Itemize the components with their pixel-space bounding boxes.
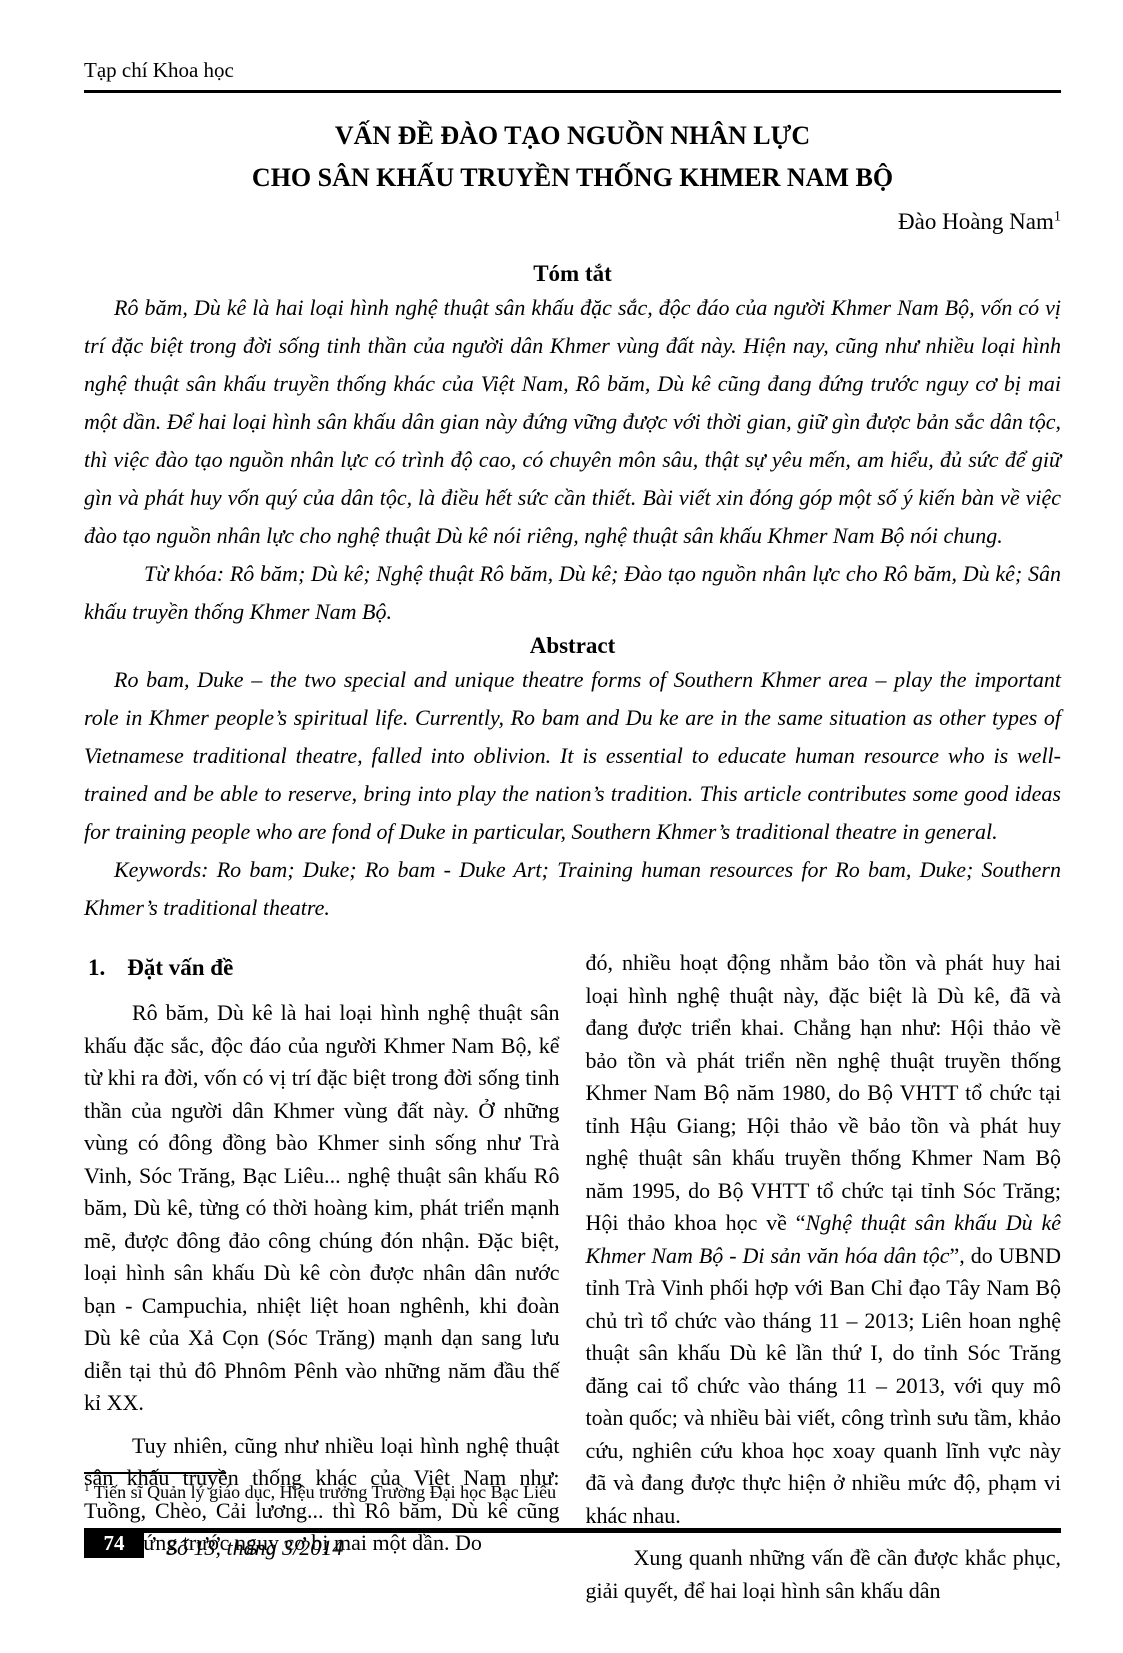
page-footer: 74 Số 13, tháng 3/2014 [84,1528,1061,1561]
two-column-body: 1.Đặt vấn đề Rô băm, Dù kê là hai loại h… [84,947,1061,1607]
article-title-line1: VẤN ĐỀ ĐÀO TẠO NGUỒN NHÂN LỰC [335,121,810,150]
journal-page: Tạp chí Khoa học VẤN ĐỀ ĐÀO TẠO NGUỒN NH… [0,0,1123,1653]
right-paragraph-1-post: ”, do UBND tỉnh Trà Vinh phối hợp với Ba… [586,1243,1062,1528]
author-footnote-mark: 1 [1054,208,1061,224]
journal-name: Tạp chí Khoa học [84,58,234,82]
tom-tat-heading: Tóm tắt [84,261,1061,287]
footnote-rule [84,1472,226,1474]
right-paragraph-1: đó, nhiều hoạt động nhằm bảo tồn và phát… [586,947,1062,1532]
abstract-heading: Abstract [84,633,1061,659]
issue-label: Số 13, tháng 3/2014 [166,1535,343,1560]
left-column: 1.Đặt vấn đề Rô băm, Dù kê là hai loại h… [84,947,560,1607]
right-paragraph-1-pre: đó, nhiều hoạt động nhằm bảo tồn và phát… [586,950,1062,1235]
footnote: 1 Tiến sĩ Quản lý giáo dục, Hiệu trưởng … [84,1472,564,1504]
running-head: Tạp chí Khoa học [84,58,1061,93]
author-line: Đào Hoàng Nam1 [84,209,1061,235]
abstract-keywords: Keywords: Ro bam; Duke; Ro bam - Duke Ar… [84,851,1061,927]
section-1-title: Đặt vấn đề [127,955,233,980]
article-title: VẤN ĐỀ ĐÀO TẠO NGUỒN NHÂN LỰC CHO SÂN KH… [84,115,1061,199]
page-number-box: 74 [84,1528,144,1558]
left-paragraph-1: Rô băm, Dù kê là hai loại hình nghệ thuậ… [84,997,560,1420]
footnote-text: Tiến sĩ Quản lý giáo dục, Hiệu trưởng Tr… [90,1482,557,1502]
abstract-body: Ro bam, Duke – the two special and uniqu… [84,661,1061,851]
tom-tat-keywords: Từ khóa: Rô băm; Dù kê; Nghệ thuật Rô bă… [84,555,1061,631]
section-1-heading: 1.Đặt vấn đề [88,955,560,981]
page-number: 74 [104,1531,125,1556]
author-name: Đào Hoàng Nam [898,209,1054,234]
article-title-line2: CHO SÂN KHẤU TRUYỀN THỐNG KHMER NAM BỘ [252,163,893,192]
tom-tat-body: Rô băm, Dù kê là hai loại hình nghệ thuậ… [84,289,1061,555]
right-column: đó, nhiều hoạt động nhằm bảo tồn và phát… [586,947,1062,1607]
section-1-number: 1. [88,955,105,980]
footer-rule: Số 13, tháng 3/2014 [144,1528,1061,1561]
